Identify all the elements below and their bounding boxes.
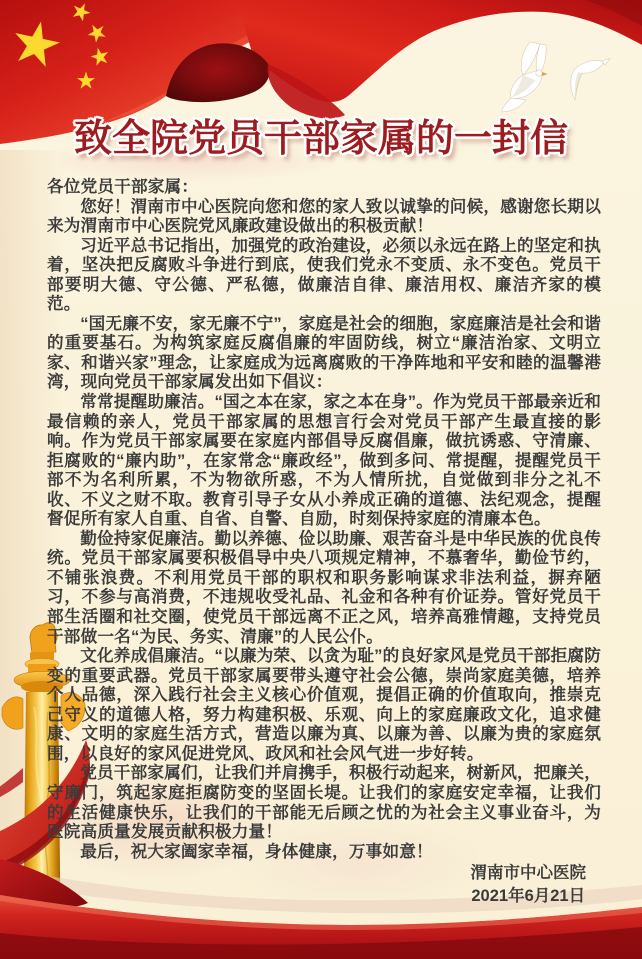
signature-date: 2021年6月21日: [471, 885, 587, 908]
signature-org: 渭南市中心医院: [471, 862, 587, 885]
paragraph: 您好！渭南市中心医院向您和您的家人致以诚挚的问候，感谢您长期以来为渭南市中心医院…: [47, 197, 601, 236]
letter-body: 各位党员干部家属： 您好！渭南市中心医院向您和您的家人致以诚挚的问候，感谢您长期…: [47, 177, 601, 861]
paragraph: 党员干部家属们，让我们并肩携手，积极行动起来，树新风，把廉关，守廉门，筑起家庭拒…: [47, 763, 601, 841]
salutation: 各位党员干部家属：: [47, 177, 601, 197]
paragraph: 常常提醒助廉洁。“国之本在家，家之本在身”。作为党员干部最亲近和最信赖的亲人，党…: [47, 392, 601, 529]
paragraph: 习近平总书记指出，加强党的政治建设，必须以永远在路上的坚定和执着，坚决把反腐败斗…: [47, 236, 601, 314]
paragraph: 勤俭持家促廉洁。勤以养德、俭以助廉、艰苦奋斗是中华民族的优良传统。党员干部家属要…: [47, 529, 601, 646]
paragraph: 文化养成倡廉洁。“以廉为荣、以贪为耻”的良好家风是党员干部拒腐防变的重要武器。党…: [47, 646, 601, 763]
white-dove-icon: [490, 38, 620, 116]
letter-poster: 致全院党员干部家属的一封信 各位党员干部家属： 您好！渭南市中心医院向您和您的家…: [0, 0, 642, 959]
paragraph: 最后，祝大家阖家幸福，身体健康，万事如意！: [47, 842, 601, 862]
page-title: 致全院党员干部家属的一封信: [74, 107, 568, 162]
paragraph: “国无廉不安，家无廉不宁”，家庭是社会的细胞，家庭廉洁是社会和谐的重要基石。为构…: [47, 314, 601, 392]
signature-block: 渭南市中心医院 2021年6月21日: [471, 862, 587, 907]
